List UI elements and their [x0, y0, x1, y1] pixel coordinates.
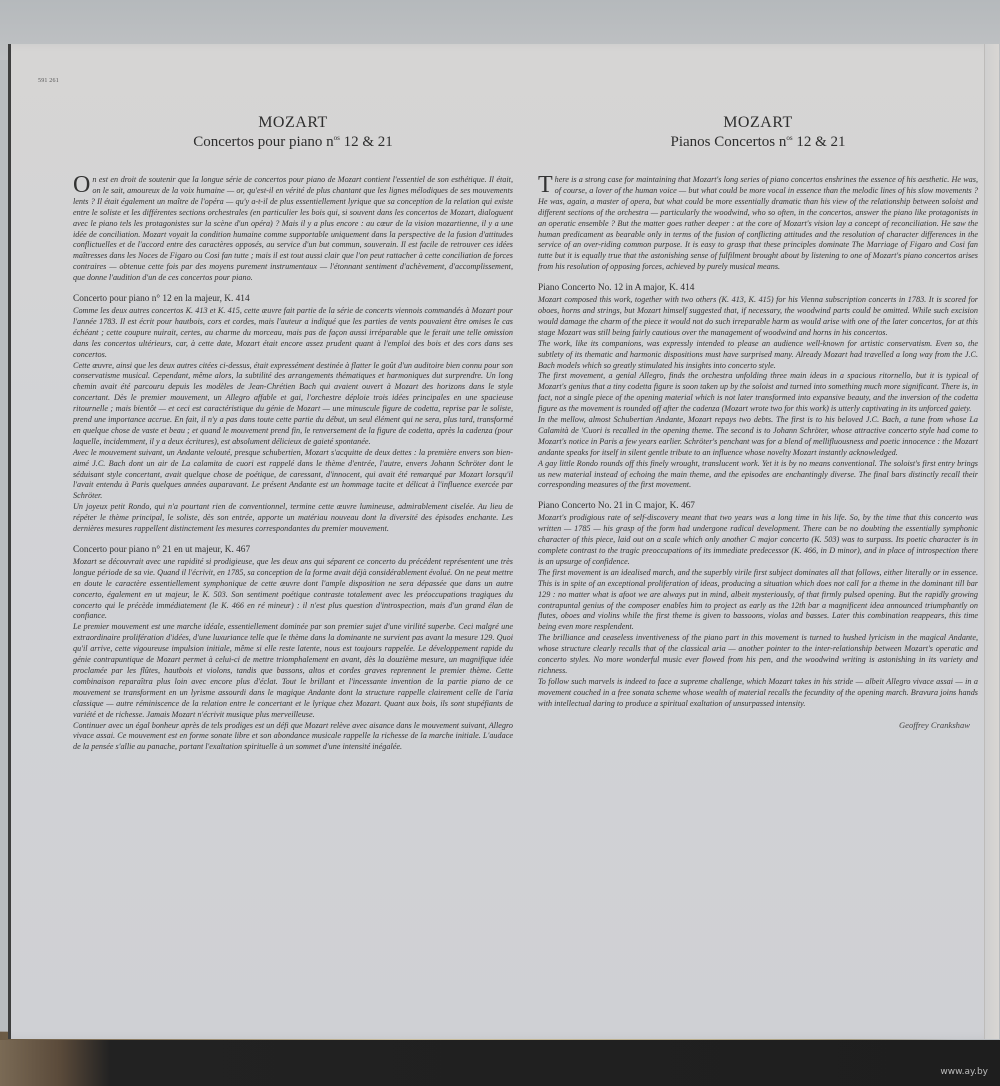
- english-work-title: Pianos Concertos nos 12 & 21: [538, 134, 978, 151]
- paragraph: Cette œuvre, ainsi que les deux autres c…: [73, 361, 513, 448]
- paragraph: The first movement, a genial Allegro, fi…: [538, 371, 978, 415]
- paragraph: In the mellow, almost Schubertian Andant…: [538, 415, 978, 459]
- english-column: MOZART Pianos Concertos nos 12 & 21 Ther…: [538, 114, 978, 730]
- paragraph: Avec le mouvement suivant, un Andante ve…: [73, 448, 513, 503]
- section-title: Piano Concerto No. 21 in C major, K. 467: [538, 501, 978, 512]
- paragraph: Continuer avec un égal bonheur après de …: [73, 721, 513, 754]
- french-column: MOZART Concertos pour piano nos 12 & 21 …: [73, 114, 513, 753]
- english-body: There is a strong case for maintaining t…: [538, 175, 978, 710]
- liner-notes-sheet: 591 261 MOZART Concertos pour piano nos …: [8, 44, 999, 1039]
- section-title: Concerto pour piano n° 21 en ut majeur, …: [73, 545, 513, 556]
- background-floor: [0, 1040, 1000, 1086]
- paragraph: A gay little Rondo rounds off this finel…: [538, 459, 978, 492]
- paragraph: Mozart composed this work, together with…: [538, 295, 978, 339]
- section-title: Piano Concerto No. 12 in A major, K. 414: [538, 283, 978, 294]
- english-intro: There is a strong case for maintaining t…: [538, 175, 978, 273]
- catalog-number: 591 261: [38, 78, 59, 84]
- french-intro: On est en droit de soutenir que la longu…: [73, 175, 513, 284]
- watermark: www.ay.by: [940, 1067, 988, 1077]
- french-work-title: Concertos pour piano nos 12 & 21: [73, 134, 513, 151]
- author-signature: Geoffrey Crankshaw: [538, 720, 978, 730]
- paragraph: The work, like its companions, was expre…: [538, 339, 978, 372]
- english-heading: MOZART Pianos Concertos nos 12 & 21: [538, 114, 978, 151]
- french-body: On est en droit de soutenir que la longu…: [73, 175, 513, 753]
- paragraph: Le premier mouvement est une marche idéa…: [73, 622, 513, 720]
- section-title: Concerto pour piano n° 12 en la majeur, …: [73, 294, 513, 305]
- english-composer: MOZART: [538, 114, 978, 132]
- french-composer: MOZART: [73, 114, 513, 132]
- drop-cap: O: [73, 175, 90, 195]
- paragraph: Mozart se découvrait avec une rapidité s…: [73, 557, 513, 622]
- paragraph: To follow such marvels is indeed to face…: [538, 677, 978, 710]
- drop-cap: T: [538, 175, 553, 195]
- paragraph: The first movement is an idealised march…: [538, 568, 978, 633]
- paragraph: Mozart's prodigious rate of self-discove…: [538, 513, 978, 568]
- paragraph: The brilliance and ceaseless inventivene…: [538, 633, 978, 677]
- sheet-fold: [984, 44, 999, 1039]
- paragraph: Comme les deux autres concertos K. 413 e…: [73, 306, 513, 361]
- paragraph: Un joyeux petit Rondo, qui n'a pourtant …: [73, 502, 513, 535]
- french-heading: MOZART Concertos pour piano nos 12 & 21: [73, 114, 513, 151]
